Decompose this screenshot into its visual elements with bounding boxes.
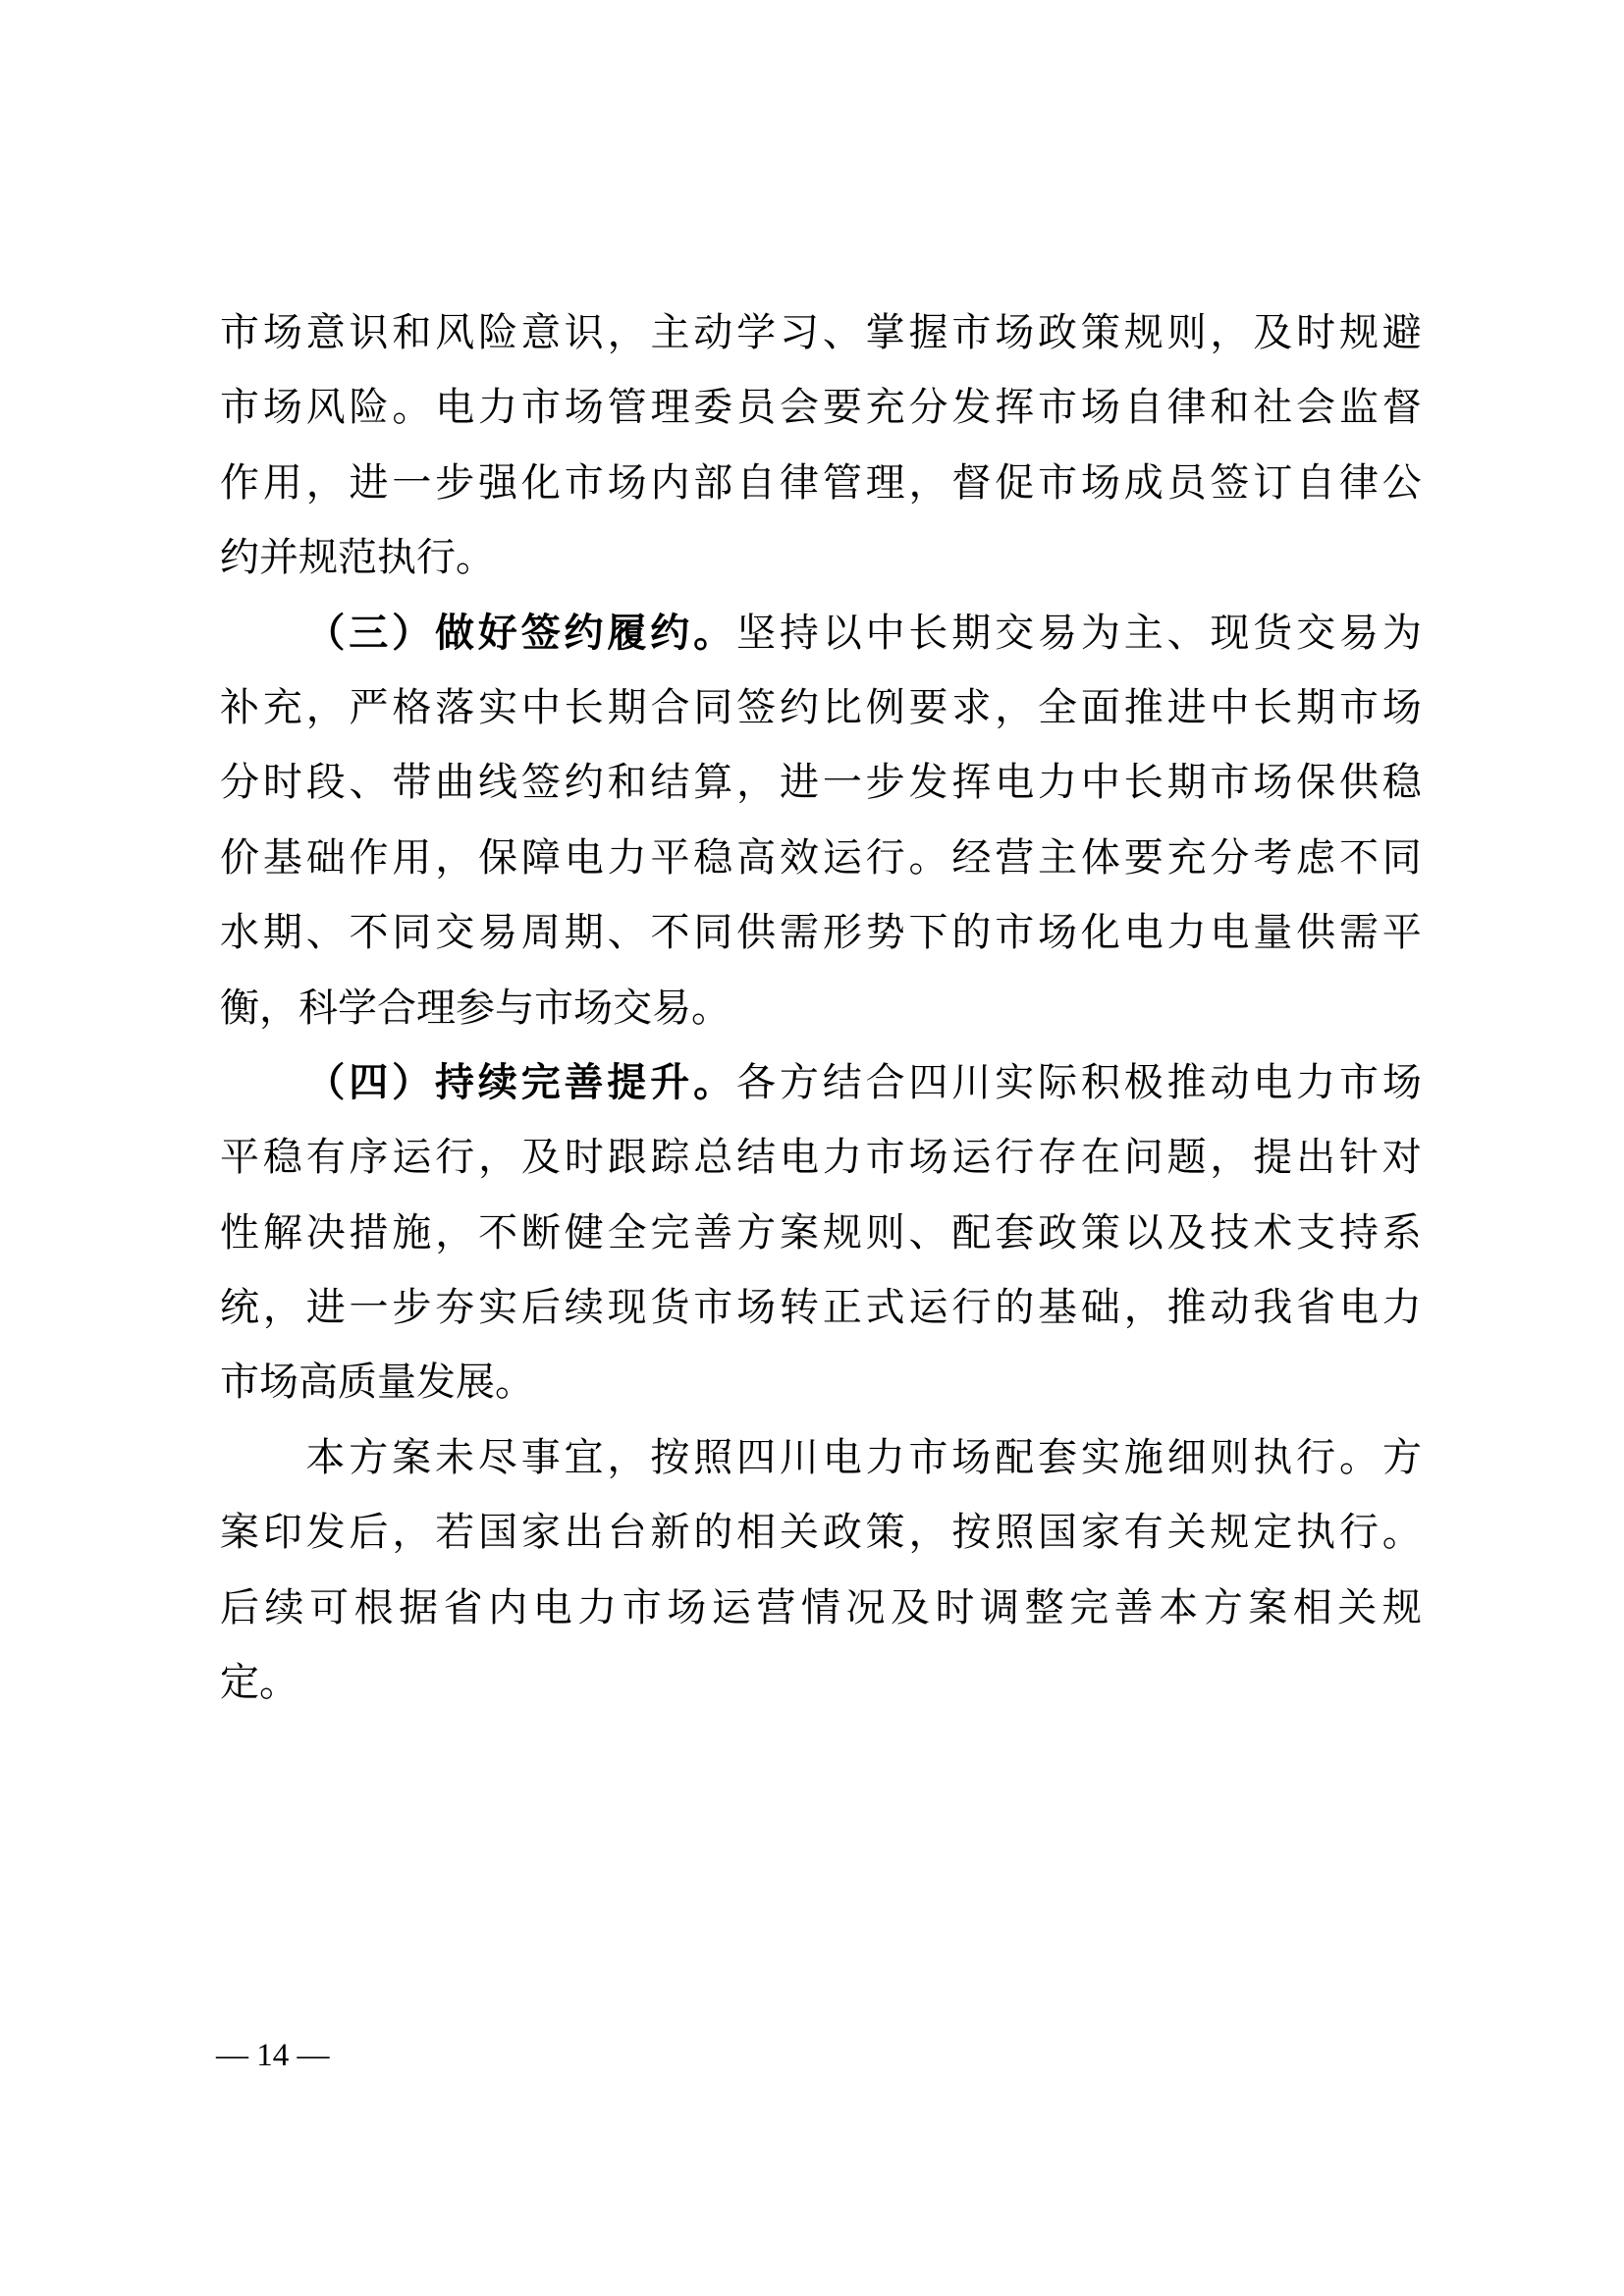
glyph: 主	[1038, 821, 1077, 895]
glyph: 落	[435, 670, 474, 745]
glyph: 委	[693, 370, 732, 445]
glyph: 续	[565, 1270, 604, 1345]
glyph: 理	[866, 446, 905, 520]
glyph: 律	[780, 446, 819, 520]
glyph: 系	[1382, 1196, 1422, 1270]
glyph: 平	[220, 1120, 259, 1195]
section-heading-glyph: ）	[392, 1045, 431, 1120]
glyph: 市	[220, 295, 259, 370]
glyph: 、	[350, 745, 389, 820]
text-line: （三）做好签约履约。坚持以中长期交易为主、现货交易为	[220, 596, 1422, 670]
paragraph-section-3-sign-and-perform: （三）做好签约履约。坚持以中长期交易为主、现货交易为 补充，严格落实中长期合同签…	[220, 596, 1422, 1045]
glyph: 与	[495, 971, 534, 1045]
glyph: 理	[650, 370, 689, 445]
paragraph-market-awareness: 市场意识和风险意识，主动学习、掌握市场政策规则，及时规避 市场风险。电力市场管理…	[220, 295, 1422, 596]
glyph: 发	[416, 1345, 456, 1419]
glyph: 积	[1081, 1045, 1120, 1120]
glyph: 平	[650, 821, 689, 895]
glyph: 力	[478, 370, 517, 445]
document-page: 市场意识和风险意识，主动学习、掌握市场政策规则，及时规避 市场风险。电力市场管理…	[0, 0, 1624, 2296]
glyph: 有	[306, 1120, 346, 1195]
glyph: 在	[1081, 1120, 1120, 1195]
glyph: 四	[908, 1045, 947, 1120]
glyph: 和	[392, 295, 431, 370]
glyph: 的	[951, 895, 991, 970]
glyph: 推	[1167, 1270, 1207, 1345]
glyph: 可	[309, 1571, 349, 1645]
glyph: 规	[1382, 1571, 1422, 1645]
glyph: 持	[780, 596, 819, 670]
glyph: 意	[306, 295, 346, 370]
glyph: 内	[650, 446, 689, 520]
glyph: 力	[1167, 895, 1207, 970]
glyph: 省	[444, 1571, 483, 1645]
glyph: 内	[488, 1571, 527, 1645]
glyph: 平	[1382, 895, 1422, 970]
glyph: 运	[909, 1270, 948, 1345]
glyph: 统	[220, 1270, 259, 1345]
glyph: 及	[891, 1571, 930, 1645]
glyph: 。	[691, 971, 731, 1045]
glyph: ，	[909, 1495, 948, 1570]
glyph: 易	[1038, 596, 1077, 670]
glyph: 配	[951, 1196, 991, 1270]
glyph: 础	[306, 821, 346, 895]
glyph: 全	[608, 1196, 647, 1270]
glyph: 自	[1124, 370, 1164, 445]
glyph: 展	[456, 1345, 495, 1419]
glyph: 电	[1124, 895, 1164, 970]
glyph: 印	[263, 1495, 302, 1570]
glyph: 场	[736, 1270, 776, 1345]
glyph: 。	[259, 1645, 298, 1720]
glyph: 分	[1210, 821, 1249, 895]
glyph: 运	[392, 1120, 431, 1195]
glyph: 市	[534, 971, 573, 1045]
glyph: 现	[608, 1270, 647, 1345]
section-heading-glyph: （	[305, 596, 345, 670]
glyph: 相	[1293, 1571, 1332, 1645]
glyph: 同	[693, 895, 732, 970]
text-line: 市场高质量发展。	[220, 1345, 1422, 1419]
glyph: 员	[736, 370, 776, 445]
glyph: 踪	[650, 1120, 689, 1195]
glyph: ，	[263, 1270, 302, 1345]
text-line: 平稳有序运行，及时跟踪总结电力市场运行存在问题，提出针对	[220, 1120, 1422, 1195]
glyph: 订	[1253, 446, 1292, 520]
glyph: 要	[1124, 821, 1164, 895]
glyph: 场	[565, 370, 604, 445]
glyph: 川	[780, 1420, 819, 1495]
glyph: 市	[1210, 745, 1249, 820]
glyph: 量	[377, 1345, 416, 1419]
glyph: 易	[478, 895, 517, 970]
glyph: 充	[263, 670, 302, 745]
glyph: 策	[866, 1495, 905, 1570]
glyph: 进	[780, 745, 819, 820]
glyph: 行	[995, 1120, 1034, 1195]
glyph: 、	[1167, 596, 1207, 670]
glyph: 公	[1382, 446, 1422, 520]
glyph: 签	[1210, 446, 1249, 520]
glyph: 律	[1339, 446, 1379, 520]
glyph: 方	[780, 1045, 819, 1120]
glyph: 电	[435, 370, 474, 445]
glyph: 实	[478, 1270, 517, 1345]
glyph: 分	[220, 745, 259, 820]
glyph: 跟	[608, 1120, 647, 1195]
glyph: 考	[1253, 821, 1292, 895]
glyph: 要	[823, 370, 862, 445]
glyph: 出	[1296, 1120, 1335, 1195]
glyph: 同	[392, 895, 431, 970]
glyph: 算	[693, 745, 732, 820]
glyph: 电	[823, 1420, 862, 1495]
glyph: 督	[1382, 370, 1422, 445]
glyph: 方	[1382, 1420, 1422, 1495]
glyph: 定	[220, 1645, 259, 1720]
glyph: 形	[823, 895, 862, 970]
glyph: 市	[565, 446, 604, 520]
glyph: 市	[220, 1345, 259, 1419]
glyph: 序	[350, 1120, 389, 1195]
text-line: 补充，严格落实中长期合同签约比例要求，全面推进中长期市场	[220, 670, 1422, 745]
glyph: 比	[823, 670, 862, 745]
glyph: 场	[573, 971, 613, 1045]
glyph: 势	[866, 895, 905, 970]
glyph: 作	[350, 821, 389, 895]
glyph: 题	[1167, 1120, 1207, 1195]
glyph: 策	[1081, 295, 1120, 370]
glyph: 成	[1124, 446, 1164, 520]
glyph: 量	[1253, 895, 1292, 970]
glyph: 障	[521, 821, 561, 895]
text-line: 市场风险。电力市场管理委员会要充分发挥市场自律和社会监督	[220, 370, 1422, 445]
glyph: 后	[521, 1270, 561, 1345]
glyph: 充	[866, 370, 905, 445]
glyph: 实	[478, 670, 517, 745]
glyph: 行	[1296, 1420, 1335, 1495]
glyph: 供	[1339, 745, 1379, 820]
glyph: 场	[1253, 745, 1292, 820]
glyph: 部	[693, 446, 732, 520]
glyph: 尽	[478, 1420, 517, 1495]
glyph: 结	[823, 1045, 862, 1120]
glyph: 案	[1248, 1571, 1287, 1645]
glyph: 相	[736, 1495, 776, 1570]
glyph: 有	[1124, 1495, 1164, 1570]
glyph: 家	[1081, 1495, 1120, 1570]
glyph: 正	[823, 1270, 862, 1345]
text-line: 分时段、带曲线签约和结算，进一步发挥电力中长期市场保供稳	[220, 745, 1422, 820]
glyph: 执	[1253, 1420, 1292, 1495]
glyph: 期	[263, 895, 302, 970]
glyph: 时	[1296, 295, 1335, 370]
glyph: 效	[780, 821, 819, 895]
glyph: 力	[608, 821, 647, 895]
section-heading-glyph: 。	[693, 1045, 732, 1120]
glyph: 方	[736, 1196, 776, 1270]
glyph: 本	[305, 1420, 345, 1495]
glyph: 时	[263, 745, 302, 820]
glyph: 健	[565, 1196, 604, 1270]
glyph: 为	[1382, 596, 1422, 670]
glyph: 合	[866, 1045, 905, 1120]
glyph: 配	[995, 1420, 1034, 1495]
glyph: 体	[1081, 821, 1120, 895]
glyph: 约	[780, 670, 819, 745]
glyph: 交	[1296, 596, 1335, 670]
glyph: 不	[1339, 821, 1379, 895]
glyph: 例	[866, 670, 905, 745]
glyph: 期	[1296, 670, 1335, 745]
glyph: 握	[909, 295, 948, 370]
glyph: 主	[1124, 596, 1164, 670]
glyph: 力	[823, 1120, 862, 1195]
text-line: 性解决措施，不断健全完善方案规则、配套政策以及技术支持系	[220, 1196, 1422, 1270]
glyph: 高	[298, 1345, 338, 1419]
glyph: 营	[995, 821, 1034, 895]
glyph: 案	[780, 1196, 819, 1270]
glyph: 中	[1210, 670, 1249, 745]
glyph: 长	[908, 596, 947, 670]
glyph: 实	[995, 1045, 1034, 1120]
glyph: 夯	[435, 1270, 474, 1345]
glyph: 行	[951, 1270, 991, 1345]
glyph: 主	[650, 295, 689, 370]
text-line: 市场意识和风险意识，主动学习、掌握市场政策规则，及时规避	[220, 295, 1422, 370]
glyph: 性	[220, 1196, 259, 1270]
glyph: 掌	[866, 295, 905, 370]
glyph: 为	[1081, 596, 1120, 670]
glyph: 电	[995, 745, 1034, 820]
glyph: 。	[1382, 1495, 1422, 1570]
glyph: 段	[306, 745, 346, 820]
glyph: 线	[478, 745, 517, 820]
glyph: 规	[1339, 295, 1379, 370]
glyph: 善	[693, 1196, 732, 1270]
glyph: 规	[823, 1196, 862, 1270]
text-line: 统，进一步夯实后续现货市场转正式运行的基础，推动我省电力	[220, 1270, 1422, 1345]
glyph: 同	[1382, 821, 1422, 895]
glyph: 场	[608, 446, 647, 520]
glyph: 易	[652, 971, 691, 1045]
glyph: 执	[1296, 1495, 1335, 1570]
section-heading-glyph: 约	[565, 596, 604, 670]
section-heading-glyph: 续	[478, 1045, 517, 1120]
glyph: 场	[1081, 370, 1120, 445]
glyph: 进	[306, 1270, 346, 1345]
glyph: 市	[951, 295, 991, 370]
glyph: 稳	[693, 821, 732, 895]
section-heading-glyph: 签	[521, 596, 561, 670]
glyph: 时	[936, 1571, 975, 1645]
section-heading-glyph: 三	[349, 596, 388, 670]
glyph: 发	[306, 1495, 346, 1570]
page-number: — 14 —	[216, 2034, 330, 2077]
glyph: 电	[780, 1120, 819, 1195]
glyph: 完	[650, 1196, 689, 1270]
glyph: 水	[220, 895, 259, 970]
glyph: 动	[1210, 1045, 1249, 1120]
glyph: 同	[693, 670, 732, 745]
glyph: 场	[1081, 446, 1120, 520]
glyph: 问	[1124, 1120, 1164, 1195]
glyph: 针	[1339, 1120, 1379, 1195]
glyph: 期	[1167, 745, 1207, 820]
glyph: 国	[478, 1495, 517, 1570]
glyph: 场	[1038, 895, 1077, 970]
glyph: 风	[306, 370, 346, 445]
glyph: 运	[951, 1120, 991, 1195]
glyph: 和	[608, 745, 647, 820]
glyph: 总	[693, 1120, 732, 1195]
glyph: 套	[1038, 1420, 1077, 1495]
glyph: 进	[1167, 670, 1207, 745]
glyph: 市	[908, 1420, 947, 1495]
glyph: 场	[995, 295, 1034, 370]
glyph: 场	[259, 1345, 298, 1419]
glyph: 风	[435, 295, 474, 370]
glyph: 期	[608, 670, 647, 745]
glyph: 的	[995, 1270, 1034, 1345]
glyph: 调	[980, 1571, 1019, 1645]
glyph: 现	[1210, 596, 1249, 670]
glyph: 况	[845, 1571, 885, 1645]
glyph: 场	[951, 1420, 991, 1495]
section-heading-glyph: 提	[607, 1045, 646, 1120]
glyph: 结	[650, 745, 689, 820]
glyph: 下	[909, 895, 948, 970]
glyph: 极	[1124, 1045, 1164, 1120]
text-line: 后续可根据省内电力市场运营情况及时调整完善本方案相关规	[220, 1571, 1422, 1645]
glyph: 电	[565, 821, 604, 895]
glyph: 、	[823, 295, 862, 370]
glyph: ，	[259, 971, 298, 1045]
glyph: ，	[1210, 1120, 1249, 1195]
glyph: 措	[350, 1196, 389, 1270]
glyph: ，	[736, 745, 776, 820]
glyph: 步	[866, 745, 905, 820]
glyph: 规	[298, 520, 338, 595]
glyph: 场	[909, 1120, 948, 1195]
section-heading-glyph: 升	[650, 1045, 689, 1120]
glyph: 整	[1025, 1571, 1064, 1645]
glyph: 解	[263, 1196, 302, 1270]
glyph: 方	[349, 1420, 388, 1495]
glyph: 货	[1253, 596, 1292, 670]
glyph: 动	[1210, 1270, 1249, 1345]
glyph: 规	[1124, 295, 1164, 370]
glyph: 格	[392, 670, 431, 745]
glyph: 坚	[736, 596, 776, 670]
glyph: 关	[1337, 1571, 1377, 1645]
text-line: 本方案未尽事宜，按照四川电力市场配套实施细则执行。方	[220, 1420, 1422, 1495]
glyph: 力	[1296, 1045, 1335, 1120]
section-heading-glyph: 约	[650, 596, 689, 670]
glyph: ，	[478, 1120, 517, 1195]
glyph: 员	[1167, 446, 1207, 520]
text-line: 衡，科学合理参与市场交易。	[220, 971, 1422, 1045]
text-line: 约并规范执行。	[220, 520, 1422, 595]
glyph: 自	[736, 446, 776, 520]
glyph: 市	[220, 370, 259, 445]
glyph: 强	[478, 446, 517, 520]
glyph: 合	[650, 670, 689, 745]
glyph: 动	[693, 295, 732, 370]
glyph: 识	[350, 295, 389, 370]
glyph: 督	[951, 446, 991, 520]
glyph: 政	[1038, 295, 1077, 370]
glyph: 交	[613, 971, 652, 1045]
glyph: 电	[533, 1571, 572, 1645]
glyph: 。	[909, 821, 948, 895]
glyph: 学	[736, 295, 776, 370]
glyph: 完	[1069, 1571, 1109, 1645]
glyph: 后	[350, 1495, 389, 1570]
glyph: 质	[338, 1345, 377, 1419]
glyph: 力	[1382, 1270, 1422, 1345]
glyph: 台	[608, 1495, 647, 1570]
glyph: 、	[608, 895, 647, 970]
glyph: 运	[823, 821, 862, 895]
glyph: 存	[1038, 1120, 1077, 1195]
glyph: 合	[377, 971, 416, 1045]
glyph: 行	[866, 821, 905, 895]
glyph: 策	[1081, 1196, 1120, 1270]
glyph: 市	[995, 895, 1034, 970]
glyph: 化	[521, 446, 561, 520]
glyph: 行	[435, 1120, 474, 1195]
glyph: 政	[1038, 1196, 1077, 1270]
glyph: 川	[951, 1045, 991, 1120]
glyph: 市	[866, 1120, 905, 1195]
glyph: 定	[1253, 1495, 1292, 1570]
glyph: 。	[392, 370, 431, 445]
glyph: 科	[298, 971, 338, 1045]
glyph: 充	[1167, 821, 1207, 895]
section-heading-glyph: 善	[565, 1045, 604, 1120]
glyph: ，	[435, 1196, 474, 1270]
glyph: 。	[495, 1345, 534, 1419]
glyph: 按	[650, 1420, 689, 1495]
glyph: 一	[350, 1270, 389, 1345]
glyph: 案	[220, 1495, 259, 1570]
glyph: 分	[909, 370, 948, 445]
glyph: 保	[478, 821, 517, 895]
section-heading-glyph: 做	[435, 596, 474, 670]
glyph: 会	[1296, 370, 1335, 445]
glyph: 及	[1167, 1196, 1207, 1270]
glyph: 促	[995, 446, 1034, 520]
glyph: 习	[780, 295, 819, 370]
glyph: 照	[995, 1495, 1034, 1570]
glyph: 作	[220, 446, 259, 520]
glyph: 律	[1167, 370, 1207, 445]
glyph: 不	[650, 895, 689, 970]
glyph: ，	[306, 446, 346, 520]
glyph: 带	[392, 745, 431, 820]
section-heading-glyph: 。	[693, 596, 732, 670]
glyph: 供	[736, 895, 776, 970]
glyph: 持	[1339, 1196, 1379, 1270]
glyph: 力	[577, 1571, 617, 1645]
glyph: 施	[392, 1196, 431, 1270]
glyph: 发	[909, 745, 948, 820]
glyph: 理	[416, 971, 456, 1045]
glyph: 管	[608, 370, 647, 445]
glyph: 步	[435, 446, 474, 520]
